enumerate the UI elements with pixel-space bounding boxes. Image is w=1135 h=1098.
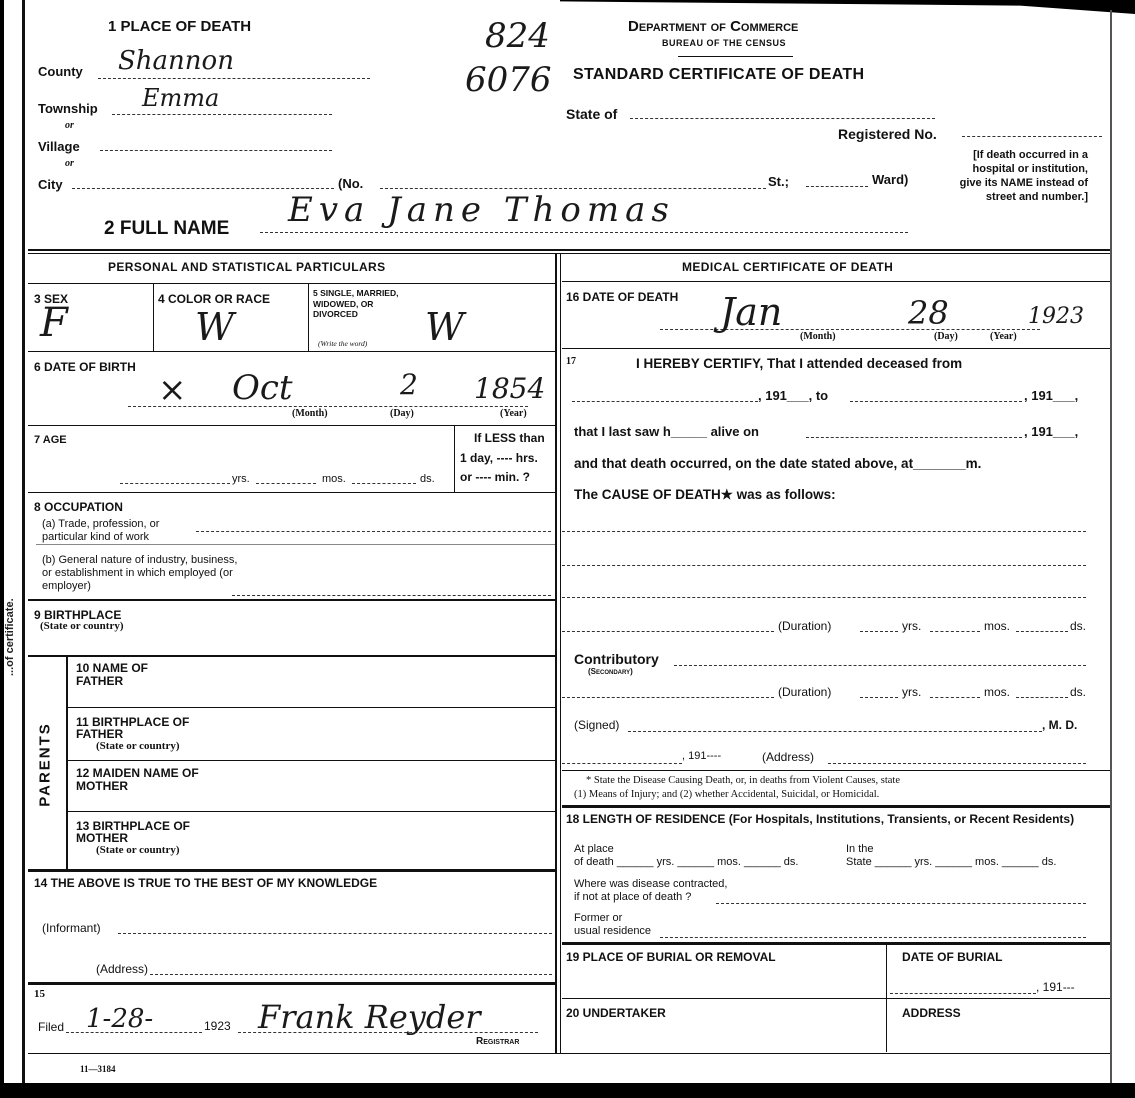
marital-note: (Write the word) — [318, 339, 367, 348]
md-label: , M. D. — [1042, 718, 1077, 732]
no-label: (No. — [338, 176, 363, 191]
burial-place-field[interactable] — [566, 968, 882, 996]
occupation-b-label: (b) General nature of industry, business… — [42, 554, 242, 593]
less-than-label: If LESS than — [474, 431, 545, 445]
age-ds-label: ds. — [420, 473, 435, 485]
form-number: 11—3184 — [80, 1064, 116, 1074]
filed-number: 15 — [34, 988, 45, 1000]
township-label: Township — [38, 101, 98, 116]
dob-mark: × — [158, 370, 187, 410]
cause-line: The CAUSE OF DEATH★ was as follows: — [574, 487, 836, 503]
age-mos-label: mos. — [322, 473, 346, 485]
dod-year-caption: (Year) — [990, 331, 1017, 342]
cause-field-2[interactable] — [562, 564, 1086, 566]
age-days-field[interactable] — [352, 482, 416, 484]
certify-line-2b: , 191___, — [1024, 388, 1078, 403]
margin-side-text: ...of certificate. — [4, 576, 16, 676]
header-divider-2 — [28, 253, 1110, 254]
township-value: Emma — [142, 84, 219, 112]
city-label: City — [38, 177, 63, 192]
frame-right — [1110, 10, 1112, 1083]
row-line-informant — [28, 982, 555, 985]
certify-line-2a: , 191___, to — [758, 388, 828, 403]
certificate-title: STANDARD CERTIFICATE OF DEATH — [573, 66, 864, 84]
at-place-label: At place — [574, 843, 614, 855]
dod-field[interactable] — [660, 328, 1040, 330]
dod-label: 16 DATE OF DEATH — [566, 290, 678, 304]
row-line-occ — [28, 599, 555, 601]
row-line-dob — [28, 425, 555, 426]
duration-mos-2: mos. — [984, 685, 1010, 699]
dod-year: 1923 — [1028, 304, 1084, 329]
marital-value[interactable]: W — [425, 305, 464, 349]
county-label: County — [38, 64, 83, 79]
dod-month: Jan — [720, 290, 782, 334]
attended-from-field[interactable] — [572, 400, 758, 402]
department-title: Department of Commerce — [628, 18, 798, 35]
where-contracted-field[interactable] — [716, 902, 1086, 904]
medical-section-title: MEDICAL CERTIFICATE OF DEATH — [682, 260, 893, 274]
parents-divider — [66, 656, 68, 870]
father-birthplace-field[interactable] — [220, 716, 550, 756]
dod-day-caption: (Day) — [934, 331, 958, 342]
father-name-label: 10 NAME OF FATHER — [76, 662, 196, 688]
certify-line-3a: that I last saw h_____ alive on — [574, 424, 759, 439]
one-day-label: 1 day, ---- hrs. — [460, 451, 538, 465]
father-name-field[interactable] — [200, 662, 550, 702]
burial-year: , 191--- — [1036, 980, 1075, 994]
informant-address-field[interactable] — [150, 973, 552, 975]
row-line-occ-a — [36, 544, 555, 545]
full-name-label: 2 FULL NAME — [104, 218, 229, 240]
undertaker-address-label: ADDRESS — [902, 1006, 961, 1020]
row-line-mother — [68, 811, 555, 812]
row-line-age — [28, 492, 555, 493]
row-line-sex — [28, 351, 555, 352]
footnote-line-1: * State the Disease Causing Death, or, i… — [586, 775, 900, 786]
occupation-a-label: (a) Trade, profession, or particular kin… — [42, 518, 192, 544]
footnote-line-2: (1) Means of Injury; and (2) whether Acc… — [574, 789, 879, 800]
signed-date-field[interactable] — [562, 762, 682, 764]
dob-day: 2 — [400, 368, 418, 401]
undertaker-label: 20 UNDERTAKER — [566, 1006, 666, 1020]
father-birthplace-label: 11 BIRTHPLACE OF FATHER — [76, 716, 206, 740]
hospital-note: [If death occurred in a hospital or inst… — [948, 148, 1088, 204]
filed-date-value: 1-28- — [86, 1004, 153, 1034]
age-yrs-label: yrs. — [232, 473, 250, 485]
cause-field-3[interactable] — [562, 596, 1086, 598]
place-of-death-label: 1 PLACE OF DEATH — [108, 18, 251, 35]
cause-field-1[interactable] — [562, 530, 1086, 532]
physician-address-label: (Address) — [762, 750, 814, 764]
contributory-label: Contributory — [574, 651, 659, 667]
state-field[interactable] — [630, 104, 935, 119]
signed-year: , 191---- — [682, 750, 721, 762]
row-line-footnote — [562, 805, 1110, 808]
contributory-field-2[interactable] — [562, 696, 774, 698]
signed-field[interactable] — [628, 730, 1042, 732]
duration-ds-2: ds. — [1070, 685, 1086, 699]
occupation-label: 8 OCCUPATION — [34, 500, 123, 514]
of-death-line: of death ______ yrs. ______ mos. ______ … — [574, 856, 798, 868]
ward-field[interactable] — [806, 172, 868, 187]
duration-label-1: (Duration) — [778, 619, 831, 633]
city-field[interactable] — [72, 174, 334, 189]
township-field[interactable]: Emma — [112, 96, 332, 115]
undertaker-field[interactable] — [566, 1022, 882, 1050]
registered-label: Registered No. — [838, 126, 937, 142]
duration-ds-field-2[interactable] — [1016, 696, 1068, 698]
age-years-field[interactable] — [120, 482, 230, 484]
row-line-filed — [28, 1053, 1110, 1054]
where-contracted-1: Where was disease contracted, — [574, 878, 727, 890]
color-label: 4 COLOR OR RACE — [158, 292, 270, 306]
informant-field[interactable] — [118, 932, 552, 934]
duration-ds-1: ds. — [1070, 619, 1086, 633]
duration-mos-field-2[interactable] — [930, 696, 980, 698]
occupation-a-field[interactable] — [196, 530, 551, 532]
mother-name-field[interactable] — [220, 767, 550, 807]
age-divider — [454, 425, 455, 492]
duration-yrs-field-1[interactable] — [860, 630, 898, 632]
informant-label: (Informant) — [42, 921, 101, 935]
scan-top-edge — [560, 0, 1135, 14]
attended-to-field[interactable] — [850, 400, 1022, 402]
mother-birthplace-label: 13 BIRTHPLACE OF MOTHER — [76, 820, 206, 844]
parents-label: PARENTS — [37, 720, 54, 810]
file-number-1: 824 — [485, 16, 550, 56]
former-residence-2: usual residence — [574, 925, 651, 937]
header-divider — [28, 249, 1110, 251]
duration-yrs-1: yrs. — [902, 619, 921, 633]
center-divider-2 — [560, 253, 561, 1053]
medical-title-line — [562, 281, 1110, 282]
dob-field[interactable] — [128, 404, 528, 407]
informant-address-label: (Address) — [96, 962, 148, 976]
row-line-residence — [562, 942, 1110, 945]
dob-month-caption: (Month) — [292, 408, 328, 419]
former-residence-field[interactable] — [660, 936, 1086, 938]
scan-left-edge — [0, 0, 4, 1098]
personal-title-line — [28, 283, 555, 284]
cause-field-4[interactable] — [562, 630, 774, 632]
father-birthplace-note: (State or country) — [96, 740, 180, 752]
certify-line-4: and that death occurred, on the date sta… — [574, 456, 981, 471]
or-min-label: or ---- min. ? — [460, 470, 530, 484]
in-the-label: In the — [846, 843, 874, 855]
full-name-field[interactable]: Eva Jane Thomas — [260, 212, 908, 233]
where-contracted-2: if not at place of death ? — [574, 891, 691, 903]
registrar-label: Registrar — [476, 1036, 519, 1047]
sex-divider — [153, 283, 154, 351]
row-line-parents — [28, 869, 555, 872]
contributory-field[interactable] — [674, 664, 1086, 666]
or-text-1: or — [65, 120, 74, 131]
occupation-b-field[interactable] — [232, 594, 551, 596]
signed-label: (Signed) — [574, 718, 619, 732]
color-value[interactable]: W — [195, 305, 234, 349]
filed-year: 1923 — [204, 1019, 231, 1033]
dod-day: 28 — [908, 294, 949, 332]
row-line-burial — [562, 998, 1110, 999]
dod-month-caption: (Month) — [800, 331, 836, 342]
filed-label: Filed — [38, 1020, 64, 1034]
row-line-father-birthplace — [68, 760, 555, 761]
undertaker-address-field[interactable] — [902, 1022, 1102, 1050]
birthplace-note: (State or country) — [40, 620, 124, 632]
file-number-2: 6076 — [465, 60, 552, 100]
duration-yrs-2: yrs. — [902, 685, 921, 699]
burial-date-field[interactable] — [890, 992, 1036, 994]
bureau-title: BUREAU OF THE CENSUS — [662, 38, 786, 48]
secondary-label: (Secondary) — [588, 667, 633, 676]
marital-label: 5 SINGLE, MARRIED, WIDOWED, OR DIVORCED — [313, 288, 403, 320]
row-line-birthplace — [28, 655, 555, 657]
cert-number: 17 — [566, 356, 576, 367]
county-value: Shannon — [118, 46, 234, 76]
village-label: Village — [38, 139, 80, 154]
burial-label: 19 PLACE OF BURIAL OR REMOVAL — [566, 950, 776, 964]
row-line-dod — [562, 348, 1110, 349]
village-field[interactable] — [100, 136, 332, 151]
last-seen-field[interactable] — [806, 436, 1022, 438]
burial-date-label: DATE OF BURIAL — [902, 950, 1002, 964]
dob-month: Oct — [232, 368, 293, 408]
sex-value[interactable]: F — [40, 300, 68, 346]
age-label: 7 AGE — [34, 434, 67, 446]
certify-line-1: I HEREBY CERTIFY, That I attended deceas… — [636, 356, 962, 371]
informant-heading: 14 THE ABOVE IS TRUE TO THE BEST OF MY K… — [34, 876, 377, 890]
dob-year-caption: (Year) — [500, 408, 527, 419]
certify-line-3b: , 191___, — [1024, 424, 1078, 439]
physician-address-field[interactable] — [828, 762, 1086, 764]
mother-birthplace-note: (State or country) — [96, 844, 180, 856]
state-residence-line: State ______ yrs. ______ mos. ______ ds. — [846, 856, 1056, 868]
dob-year: 1854 — [474, 372, 545, 405]
center-divider — [555, 253, 557, 1053]
frame-left — [22, 0, 25, 1083]
personal-section-title: PERSONAL AND STATISTICAL PARTICULARS — [108, 260, 386, 274]
registered-field[interactable] — [962, 124, 1102, 137]
or-text-2: or — [65, 158, 74, 169]
st-label: St.; — [768, 174, 789, 189]
duration-mos-field-1[interactable] — [930, 630, 980, 632]
former-residence-1: Former or — [574, 912, 622, 924]
mother-name-label: 12 MAIDEN NAME OF MOTHER — [76, 767, 216, 793]
row-line-signed — [562, 770, 1110, 771]
duration-label-2: (Duration) — [778, 685, 831, 699]
dob-label: 6 DATE OF BIRTH — [34, 360, 136, 374]
full-name-value: Eva Jane Thomas — [288, 190, 675, 230]
street-number-field[interactable] — [380, 174, 766, 189]
title-underline — [678, 56, 793, 57]
scan-bottom-edge — [0, 1083, 1135, 1098]
county-field[interactable]: Shannon — [98, 58, 370, 79]
duration-ds-field-1[interactable] — [1016, 630, 1068, 632]
residence-label: 18 LENGTH OF RESIDENCE (For Hospitals, I… — [566, 813, 1096, 825]
birthplace-field[interactable] — [200, 608, 550, 653]
row-line-father — [68, 707, 555, 708]
mother-birthplace-field[interactable] — [220, 820, 550, 864]
dob-day-caption: (Day) — [390, 408, 414, 419]
state-label: State of — [566, 106, 617, 122]
duration-mos-1: mos. — [984, 619, 1010, 633]
color-divider — [308, 283, 309, 351]
ward-label: Ward) — [872, 172, 908, 187]
age-months-field[interactable] — [256, 482, 316, 484]
registrar-signature: Frank Reyder — [258, 998, 481, 1036]
duration-yrs-field-2[interactable] — [860, 696, 898, 698]
